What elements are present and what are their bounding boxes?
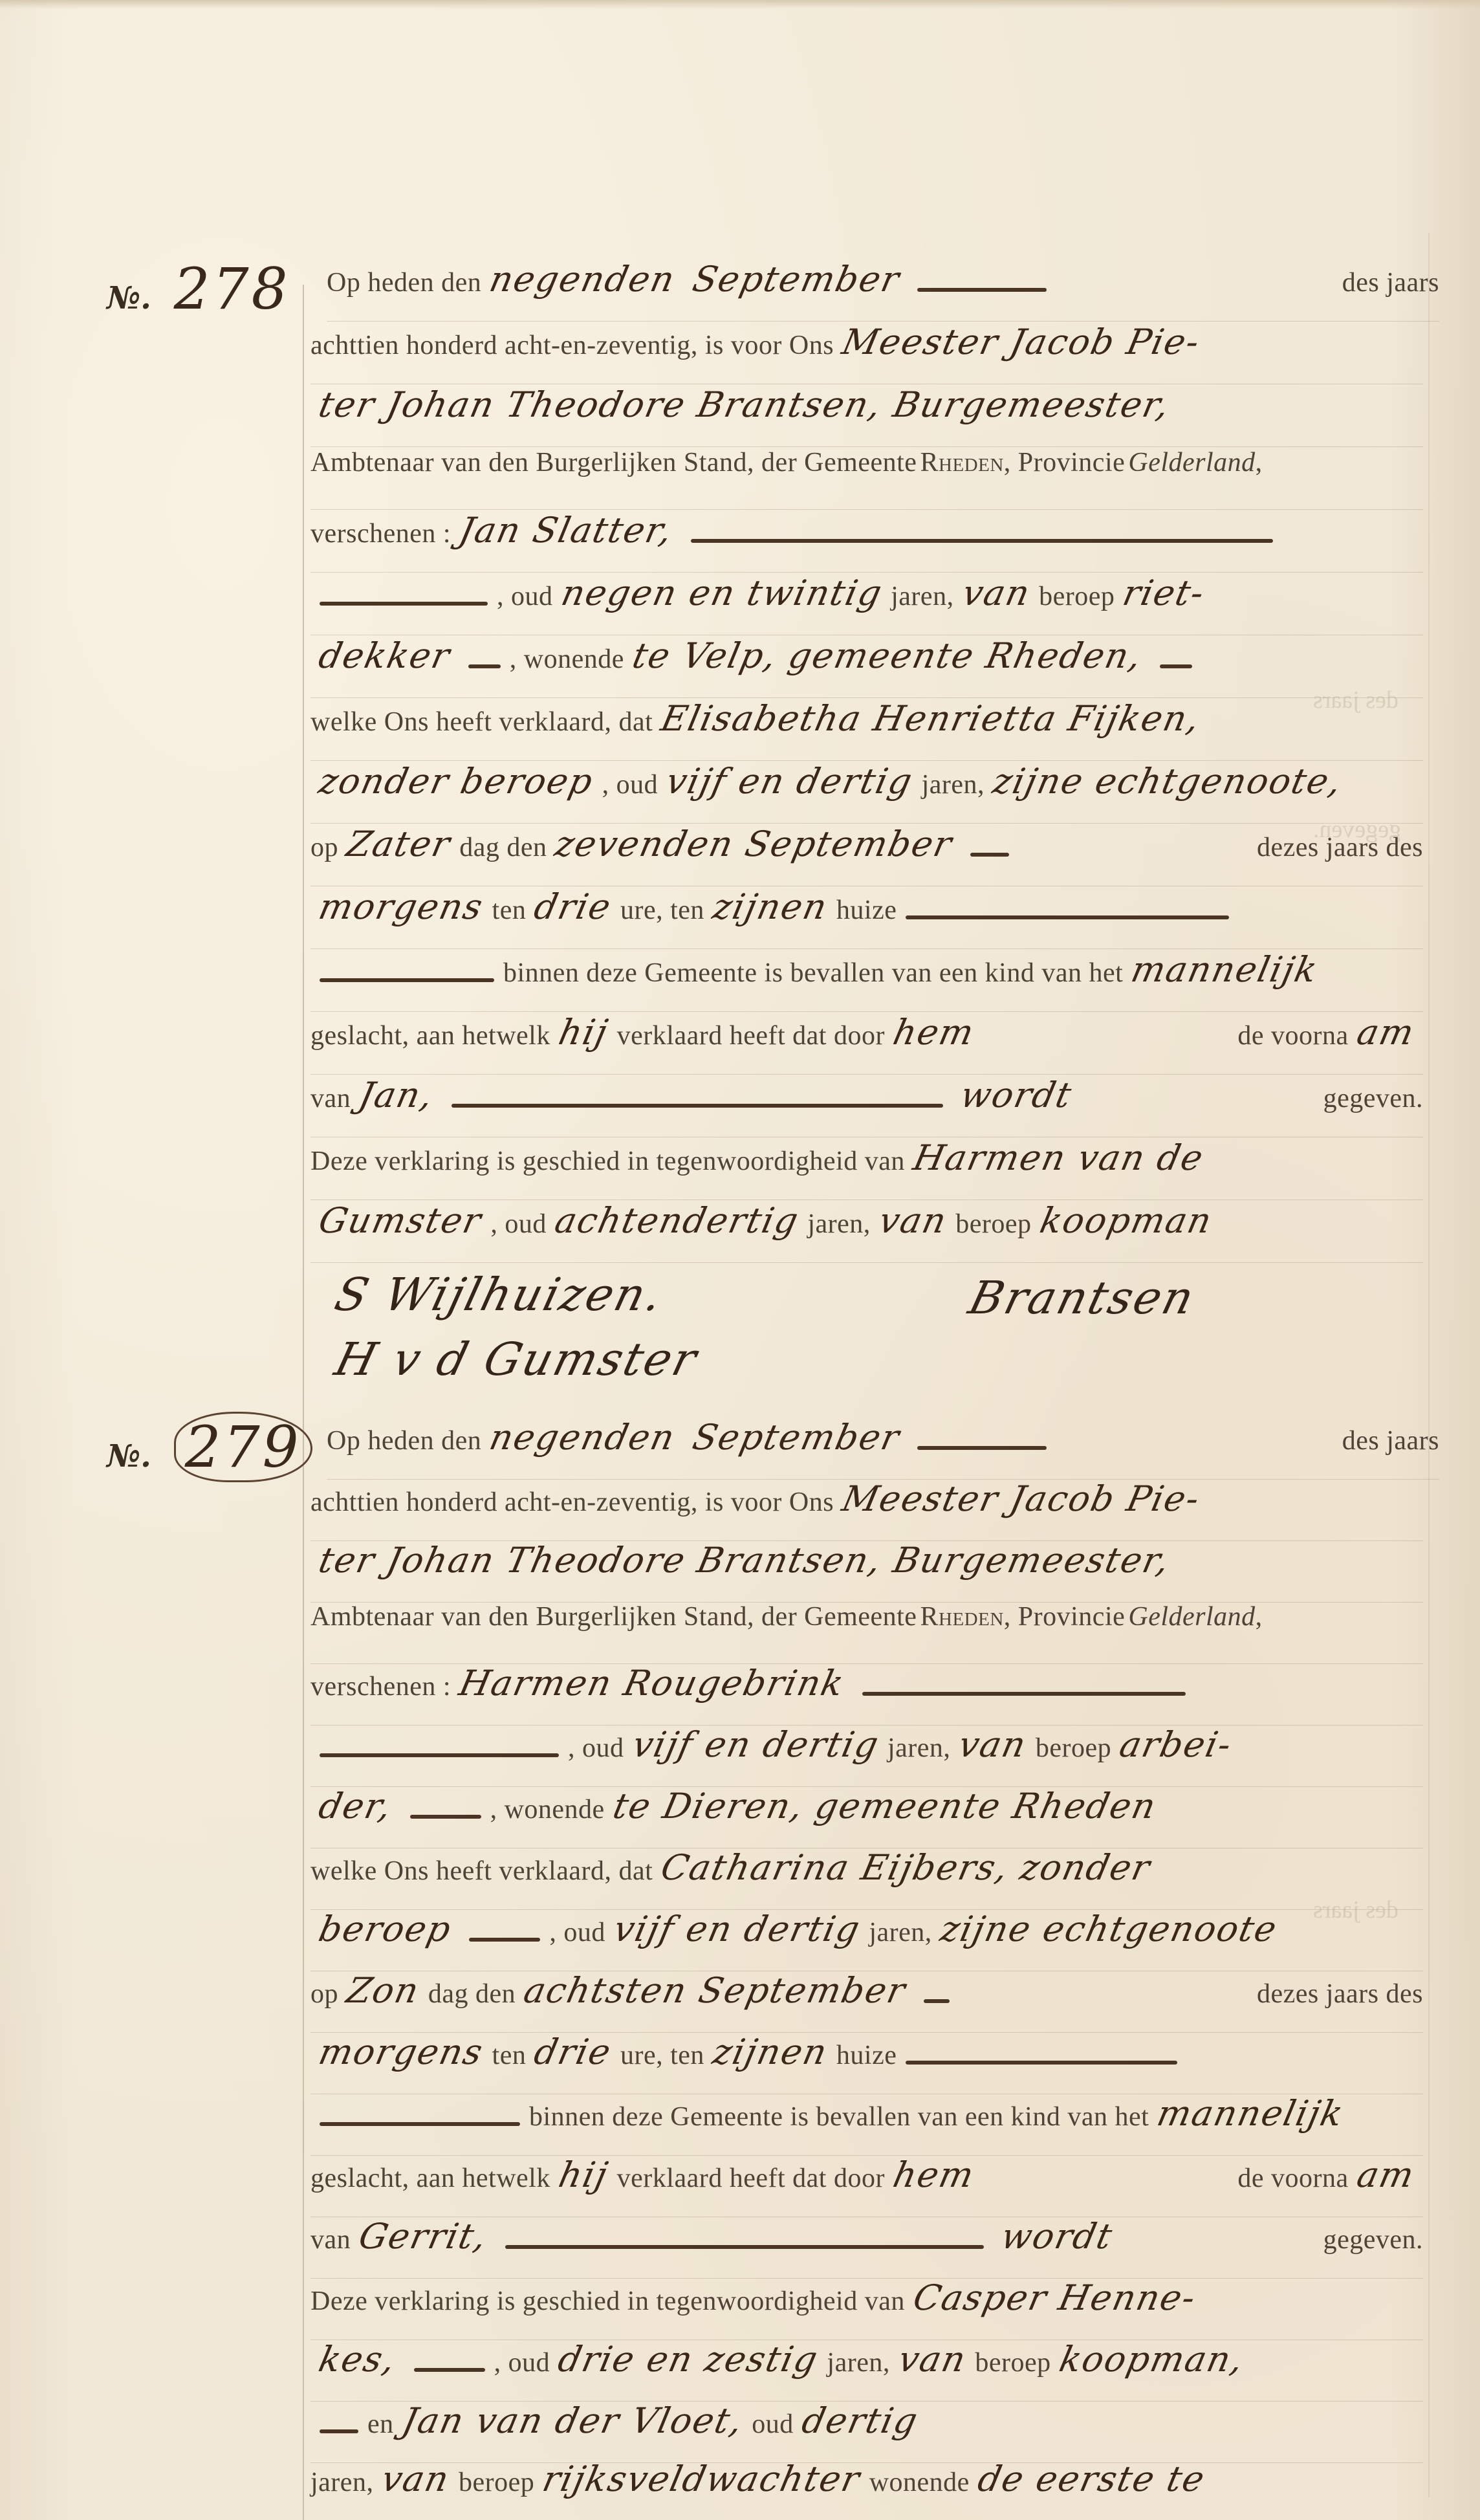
date-month: September bbox=[689, 259, 904, 300]
filler-dash bbox=[320, 2429, 358, 2433]
entry-number: №. 279 bbox=[107, 1414, 312, 1480]
mother-age: vijf en dertig bbox=[662, 761, 917, 802]
mother-name: Elisabetha Henrietta Fijken, bbox=[658, 698, 1204, 739]
declarant-occupation: arbei- bbox=[1116, 1724, 1235, 1765]
entry-number-value: 278 bbox=[174, 256, 290, 322]
filler-dash bbox=[414, 2368, 485, 2372]
filler-dash bbox=[410, 1815, 481, 1819]
form-line-mother: welke Ons heeft verklaard, dat Elisabeth… bbox=[310, 698, 1423, 761]
signature-official: Brantsen bbox=[964, 1271, 1201, 1324]
child-name: Gerrit, bbox=[355, 2216, 491, 2257]
filler-dash bbox=[906, 915, 1229, 919]
time-of-day: morgens bbox=[315, 2032, 487, 2072]
form-line-mother: welke Ons heeft verklaard, dat Catharina… bbox=[310, 1847, 1423, 1910]
declarant-occupation: riet- bbox=[1120, 573, 1209, 613]
form-line-naming: geslacht, aan hetwelk hij verklaard heef… bbox=[310, 2154, 1423, 2217]
child-name: Jan, bbox=[355, 1075, 437, 1115]
witness1-name: Casper Henne- bbox=[909, 2277, 1200, 2318]
witness1-occupation: koopman, bbox=[1056, 2339, 1248, 2380]
form-line-witness1: Deze verklaring is geschied in tegenwoor… bbox=[310, 1137, 1423, 1200]
witness2-occupation: rijksveldwachter bbox=[539, 2459, 865, 2499]
time-of-day: morgens bbox=[315, 886, 487, 927]
witness1-occupation: koopman bbox=[1036, 1200, 1216, 1241]
declarant-name: Harmen Rougebrink bbox=[455, 1663, 848, 1704]
filler-dash bbox=[1160, 664, 1192, 668]
form-line-sex: binnen deze Gemeente is bevallen van een… bbox=[310, 949, 1423, 1012]
birth-weekday: Zater bbox=[343, 824, 455, 864]
number-sign: №. bbox=[107, 280, 151, 316]
filler-dash bbox=[320, 2122, 520, 2126]
form-line-verschenen: verschenen : Jan Slatter, bbox=[310, 510, 1423, 573]
filler-dash bbox=[906, 2061, 1177, 2065]
birth-date: zevenden September bbox=[552, 824, 957, 864]
form-line-age: , oud negen en twintig jaren, van beroep… bbox=[310, 573, 1423, 635]
mother-name: Catharina Eijbers, zonder bbox=[658, 1847, 1155, 1888]
form-line-verschenen: verschenen : Harmen Rougebrink bbox=[310, 1663, 1423, 1726]
page-top-edge bbox=[0, 0, 1480, 9]
form-line-witness1: Deze verklaring is geschied in tegenwoor… bbox=[310, 2277, 1423, 2340]
form-line-witness1-details: Gumster , oud achtendertig jaren, van be… bbox=[310, 1200, 1423, 1263]
form-line-naming: geslacht, aan hetwelk hij verklaard heef… bbox=[310, 1012, 1423, 1075]
province: Gelderland bbox=[1128, 1601, 1255, 1632]
witness1-age: drie en zestig bbox=[554, 2339, 822, 2380]
filler-dash bbox=[320, 1753, 559, 1757]
mother-age: vijf en dertig bbox=[610, 1909, 864, 1949]
form-line-date: Op heden den negenden September des jaar… bbox=[327, 1417, 1439, 1480]
form-line-residence: der, , wonende te Dieren, gemeente Rhede… bbox=[310, 1786, 1423, 1848]
birth-date: achtsten September bbox=[520, 1970, 909, 2011]
form-line-age: , oud vijf en dertig jaren, van beroep a… bbox=[310, 1724, 1423, 1787]
birth-weekday: Zon bbox=[343, 1970, 423, 2011]
filler-dash bbox=[924, 1999, 950, 2003]
declarant-age: vijf en dertig bbox=[629, 1724, 883, 1765]
form-line-witness2: en Jan van der Vloet, oud dertig bbox=[310, 2400, 1423, 2463]
filler-dash bbox=[917, 288, 1047, 292]
municipality: Rheden bbox=[920, 1601, 1004, 1632]
official-name-2: ter Johan Theodore Brantsen, Burgemeeste… bbox=[315, 1540, 1174, 1581]
witness1-age: achtendertig bbox=[551, 1200, 803, 1241]
date-day: negenden bbox=[486, 259, 680, 300]
province: Gelderland bbox=[1128, 447, 1255, 478]
form-line-mother-details: zonder beroep , oud vijf en dertig jaren… bbox=[310, 761, 1423, 824]
witness1-name: Harmen van de bbox=[909, 1137, 1208, 1178]
filler-dash bbox=[505, 2245, 984, 2249]
filler-dash bbox=[917, 1446, 1047, 1450]
birth-hour: drie bbox=[531, 2032, 616, 2072]
form-line-official: ter Johan Theodore Brantsen, Burgemeeste… bbox=[310, 384, 1423, 447]
witness2-age: dertig bbox=[798, 2400, 922, 2441]
declarant-residence: te Velp, gemeente Rheden, bbox=[629, 635, 1146, 676]
entry-number-value: 279 bbox=[174, 1412, 312, 1482]
form-line-official: ter Johan Theodore Brantsen, Burgemeeste… bbox=[310, 1540, 1423, 1603]
declarant-residence: te Dieren, gemeente Rheden bbox=[609, 1786, 1160, 1826]
form-line-year: achttien honderd acht-en-zeventig, is vo… bbox=[310, 322, 1423, 384]
form-line-childname: van Gerrit, wordt gegeven. bbox=[310, 2216, 1423, 2279]
date-month: September bbox=[689, 1417, 904, 1458]
official-name-1: Meester Jacob Pie- bbox=[838, 322, 1204, 362]
form-line-birthdate: op Zon dag den achtsten September dezes … bbox=[310, 1970, 1423, 2033]
form-line-residence: dekker , wonende te Velp, gemeente Rhede… bbox=[310, 635, 1423, 698]
filler-dash bbox=[862, 1692, 1186, 1696]
birth-hour: drie bbox=[531, 886, 616, 927]
right-margin-rule bbox=[1428, 233, 1430, 2497]
signature-witness-1: H v d Gumster bbox=[330, 1333, 704, 1386]
signature-witness-2: S Wijlhuizen. bbox=[330, 1268, 669, 1321]
form-line-mother-details: beroep , oud vijf en dertig jaren, zijne… bbox=[310, 1909, 1423, 1971]
form-line-witness2-details: jaren, van beroep rijksveldwachter wonen… bbox=[310, 2459, 1423, 2520]
filler-dash bbox=[691, 539, 1273, 543]
filler-dash bbox=[320, 602, 488, 606]
official-name-1: Meester Jacob Pie- bbox=[838, 1478, 1204, 1519]
filler-dash bbox=[468, 664, 501, 668]
declarant-age: negen en twintig bbox=[558, 573, 886, 613]
form-line-witness1-details: kes, , oud drie en zestig jaren, van ber… bbox=[310, 2339, 1423, 2402]
form-line-date: Op heden den negenden September des jaar… bbox=[327, 259, 1439, 322]
municipality: Rheden bbox=[920, 447, 1004, 478]
filler-dash bbox=[469, 1938, 540, 1942]
form-line-time: morgens ten drie ure, ten zijnen huize bbox=[310, 2032, 1423, 2094]
child-sex: mannelijk bbox=[1154, 2093, 1348, 2134]
form-line-ambtenaar: Ambtenaar van den Burgerlijken Stand, de… bbox=[310, 1601, 1423, 1664]
witness2-name: Jan van der Vloet, bbox=[398, 2400, 747, 2441]
filler-dash bbox=[452, 1104, 943, 1108]
child-sex: mannelijk bbox=[1128, 949, 1322, 990]
number-sign: №. bbox=[107, 1438, 151, 1474]
form-line-time: morgens ten drie ure, ten zijnen huize bbox=[310, 886, 1423, 949]
left-margin-rule bbox=[303, 285, 304, 2520]
declarant-name: Jan Slatter, bbox=[455, 510, 677, 551]
form-line-ambtenaar: Ambtenaar van den Burgerlijken Stand, de… bbox=[310, 447, 1423, 510]
date-day: negenden bbox=[486, 1417, 680, 1458]
filler-dash bbox=[320, 978, 494, 982]
form-line-birthdate: op Zater dag den zevenden September deze… bbox=[310, 824, 1423, 886]
form-line-year: achttien honderd acht-en-zeventig, is vo… bbox=[310, 1478, 1423, 1541]
form-line-sex: binnen deze Gemeente is bevallen van een… bbox=[310, 2093, 1423, 2156]
form-line-childname: van Jan, wordt gegeven. bbox=[310, 1075, 1423, 1137]
filler-dash bbox=[970, 853, 1009, 857]
entry-number: №. 278 bbox=[107, 256, 290, 322]
official-name-2: ter Johan Theodore Brantsen, Burgemeeste… bbox=[315, 384, 1174, 425]
